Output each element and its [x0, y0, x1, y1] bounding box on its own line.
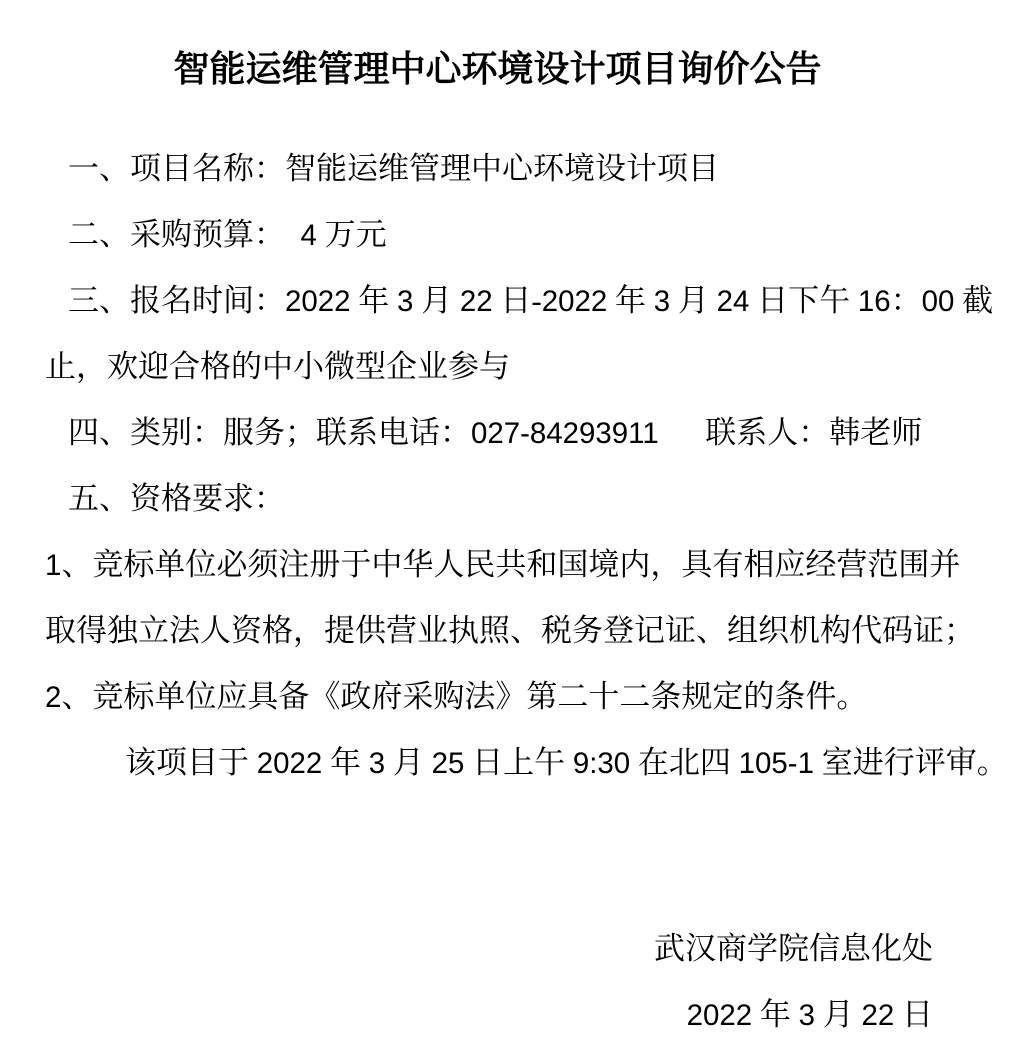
announcement-document: 智能运维管理中心环境设计项目询价公告 一、项目名称：智能运维管理中心环境设计项目… — [0, 0, 1023, 1060]
line-category-contact: 四、类别：服务；联系电话：027-84293911 联系人：韩老师 — [45, 400, 1023, 466]
line-review-note: 该项目于 2022 年 3 月 25 日上午 9:30 在北四 105-1 室进… — [45, 730, 1023, 796]
line-signup-time: 三、报名时间：2022 年 3 月 22 日-2022 年 3 月 24 日下午… — [45, 268, 1023, 334]
page-title: 智能运维管理中心环境设计项目询价公告 — [0, 0, 1023, 92]
line-qualification-heading: 五、资格要求： — [45, 466, 1023, 532]
line-budget: 二、采购预算： 4 万元 — [45, 202, 1023, 268]
line-requirement-1-continued: 取得独立法人资格，提供营业执照、税务登记证、组织机构代码证； — [45, 598, 1023, 664]
signature-department: 武汉商学院信息化处 — [0, 916, 933, 982]
signature-block: 武汉商学院信息化处 2022 年 3 月 22 日 — [0, 916, 1023, 1048]
line-project-name: 一、项目名称：智能运维管理中心环境设计项目 — [45, 136, 1023, 202]
line-signup-time-continued: 止，欢迎合格的中小微型企业参与 — [45, 334, 1023, 400]
signature-date: 2022 年 3 月 22 日 — [0, 982, 933, 1048]
line-requirement-2: 2、竞标单位应具备《政府采购法》第二十二条规定的条件。 — [45, 664, 1023, 730]
line-requirement-1: 1、竞标单位必须注册于中华人民共和国境内，具有相应经营范围并 — [45, 532, 1023, 598]
document-body: 一、项目名称：智能运维管理中心环境设计项目 二、采购预算： 4 万元 三、报名时… — [0, 136, 1023, 796]
